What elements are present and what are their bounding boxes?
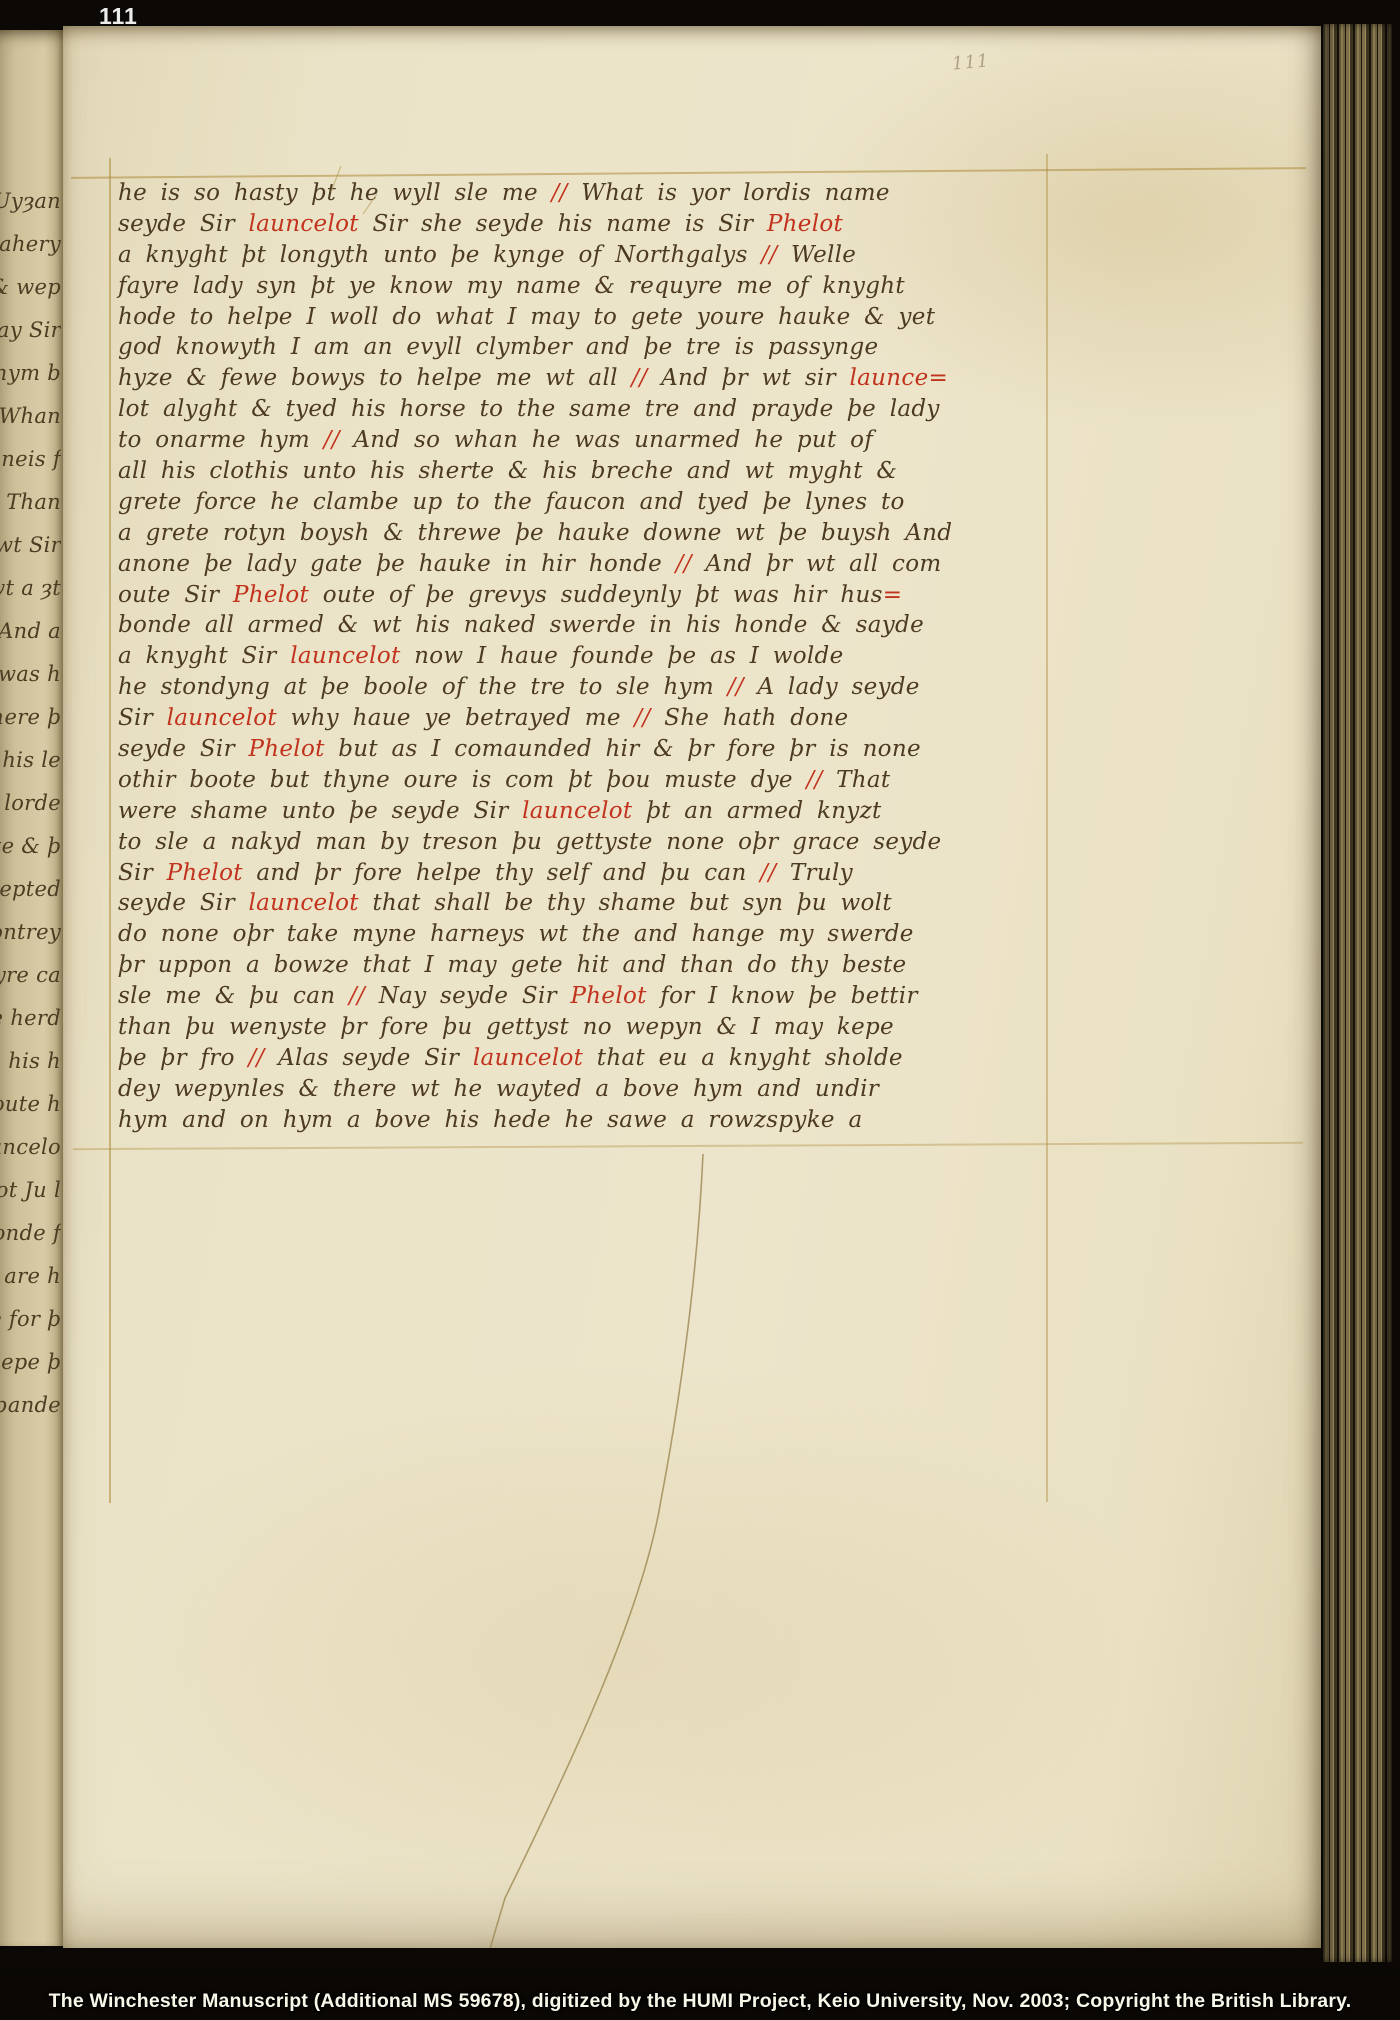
ink-text: Ju l (17, 1178, 61, 1202)
previous-page-edge: yf capell Uyȝanfel. Sir gaheryer hondys … (0, 30, 63, 1946)
margin-fragment-line: n he knew hym b (0, 352, 61, 395)
ink-text: What is yor lordis name (568, 180, 890, 206)
ink-text: oute of þe grevys suddeynly þt was hir h… (309, 582, 883, 608)
ink-text: m to a fayre ca (0, 963, 61, 987)
manuscript-line: to onarme hym // And so whan he was unar… (118, 425, 1063, 456)
ink-text: a grete rotyn boysh & threwe þe hauke do… (118, 520, 952, 546)
ink-text: f pentecoste & þ (0, 834, 61, 858)
manuscript-line: oute Sir Phelot oute of þe grevys suddey… (118, 580, 1063, 611)
ink-text: omdys wt Sir (0, 533, 61, 557)
rubricated-text: launcelo (0, 1135, 61, 1159)
margin-fragment-line: de my husbande (0, 1384, 61, 1427)
ink-text: e anone Than (0, 490, 61, 514)
ink-text: to onarme hym (118, 427, 324, 453)
ink-text: þe þr fro (118, 1045, 248, 1071)
manuscript-line: he stondyng at þe boole of the tre to sl… (118, 672, 1063, 703)
pencil-folio-number: 111 (951, 50, 990, 74)
ink-text: Truly (776, 860, 853, 886)
rubricated-text: // (248, 1045, 264, 1071)
manuscript-line: hode to helpe I woll do what I may to ge… (118, 302, 1063, 333)
manuscript-text-block: he is so hasty þt he wyll sle me // What… (118, 178, 1063, 1136)
ink-text: as there are h (0, 1264, 61, 1288)
margin-fragment-line: m to a fayre ca (0, 954, 61, 997)
rubricated-text: Phelot (233, 582, 309, 608)
margin-fragment-line: yf capell Uyȝan (0, 180, 61, 223)
manuscript-line: anone þe lady gate þe hauke in hir honde… (118, 549, 1063, 580)
margin-fragment-line: pon his kneis f (0, 438, 61, 481)
caption-bar: The Winchester Manuscript (Additional MS… (0, 1962, 1400, 2020)
ink-text: And so whan he was unarmed he put of (340, 427, 873, 453)
ink-text: er hondys & wep (0, 275, 61, 299)
ink-text: bonde all armed & wt his naked swerde in… (118, 612, 924, 638)
ink-text: apped he And a (0, 619, 61, 643)
manuscript-line: a grete rotyn boysh & threwe þe hauke do… (118, 518, 1063, 549)
ink-text: sle me & þu can (118, 983, 349, 1009)
ink-text: lot alyght & tyed his horse to the same … (118, 396, 940, 422)
ink-text: yf capell Uyȝan (0, 189, 61, 213)
margin-fragment-line: e loved a boute h (0, 1083, 61, 1126)
rubricated-text: // (760, 860, 776, 886)
ink-text: Welle (777, 242, 856, 268)
ink-text: do none oþr take myne harneys wt the and… (118, 921, 914, 947)
ink-text: note of my lorde (0, 791, 61, 815)
ink-text: nd com on his h (0, 1049, 61, 1073)
margin-fragment-line: ledynge Whan (0, 395, 61, 438)
margin-fragment-line: note of my lorde (0, 782, 61, 825)
manuscript-line: seyde Sir launcelot that shall be thy sh… (118, 888, 1063, 919)
manuscript-line: Sir launcelot why haue ye betrayed me //… (118, 703, 1063, 734)
ink-text: A lady seyde (744, 674, 920, 700)
ink-text: Sir she seyde his name is Sir (359, 211, 767, 237)
rubricated-text: launcelot (473, 1045, 583, 1071)
ink-text: he is so hasty þt he wyll sle me (118, 180, 551, 206)
ink-text: seyde Sir (118, 211, 248, 237)
rubricated-text: // (676, 551, 692, 577)
manuscript-line: dey wepynles & there wt he wayted a bove… (118, 1074, 1063, 1105)
margin-fragment-line: nd com on his h (0, 1040, 61, 1083)
rubricated-text: launcelot (522, 798, 632, 824)
ink-text: om a lady onde f (0, 1221, 61, 1245)
ink-text: but as I comaunded hir & þr fore þr is n… (325, 736, 921, 762)
ink-text: now I haue founde þe as I wolde (401, 643, 844, 669)
margin-fragment-line: om a lady onde f (0, 1212, 61, 1255)
ink-text: hyze & fewe bowys to helpe me wt all (118, 365, 631, 391)
ink-text: thought he herd (0, 1006, 61, 1030)
ink-text: þt an armed knyzt (632, 798, 881, 824)
manuscript-line: grete force he clambe up to the faucon a… (118, 487, 1063, 518)
rubricated-text: Phelot (248, 736, 324, 762)
ink-text: n he knew hym b (0, 361, 61, 385)
ink-text: ledynge Whan (0, 404, 61, 428)
margin-fragment-line: y where lay Sir (0, 309, 61, 352)
ink-text: that eu a knyght sholde (583, 1045, 903, 1071)
rubricated-text: // (634, 705, 650, 731)
rubricated-text: // (761, 242, 777, 268)
manuscript-line: bonde all armed & wt his naked swerde in… (118, 610, 1063, 641)
rubricated-text: gahery (0, 232, 61, 256)
margin-fragment-line: apped he And a (0, 610, 61, 653)
rubricated-text: = (883, 582, 903, 608)
margin-fragment-line: lot all þ chere þ (0, 696, 61, 739)
margin-fragment-line: thought he herd (0, 997, 61, 1040)
rubricated-text: launcelot (167, 705, 277, 731)
margin-fragment-line: omdys wt Sir (0, 524, 61, 567)
ink-text: dey wepynles & there wt he wayted a bove… (118, 1076, 879, 1102)
caption-text: The Winchester Manuscript (Additional MS… (49, 1990, 1352, 2020)
ink-text: Alas seyde Sir (264, 1045, 472, 1071)
manuscript-line: a knyght þt longyth unto þe kynge of Nor… (118, 240, 1063, 271)
ink-text: de my husbande (0, 1393, 61, 1417)
margin-fragment-line: stronge contrey (0, 911, 61, 954)
margin-fragment-line: omdys wt a ȝt (0, 567, 61, 610)
manuscript-line: were shame unto þe seyde Sir launcelot þ… (118, 796, 1063, 827)
rubricated-text: // (551, 180, 567, 206)
manuscript-line: þr uppon a bowze that I may gete hit and… (118, 950, 1063, 981)
manuscript-line: lot alyght & tyed his horse to the same … (118, 394, 1063, 425)
ink-text: Sir (118, 860, 167, 886)
ink-text: for I know þe bettir (647, 983, 918, 1009)
ruling-line-below-text (73, 1142, 1303, 1150)
rubricated-text: Phelot (767, 211, 843, 237)
rubricated-text: launcelot (248, 890, 358, 916)
manuscript-line: sle me & þu can // Nay seyde Sir Phelot … (118, 981, 1063, 1012)
margin-fragment-line: e anone Than (0, 481, 61, 524)
margin-fragment-line: f pentecoste & þ (0, 825, 61, 868)
margin-fragment-line: d then þe was h (0, 653, 61, 696)
ink-text: othir boote but thyne oure is com þt þou… (118, 767, 806, 793)
ink-text: to sle a nakyd man by treson þu gettyste… (118, 829, 941, 855)
rubricated-text: launce= (850, 365, 949, 391)
ink-text: þr uppon a bowze that I may gete hit and… (118, 952, 906, 978)
manuscript-line: than þu wenyste þr fore þu gettyst no we… (118, 1012, 1063, 1043)
manuscript-line: a knyght Sir launcelot now I haue founde… (118, 641, 1063, 672)
rubricated-text: launcelot (290, 643, 400, 669)
manuscript-line: þe þr fro // Alas seyde Sir launcelot th… (118, 1043, 1063, 1074)
rubricated-text: // (631, 365, 647, 391)
ink-text: y where lay Sir (0, 318, 61, 342)
manuscript-line: to sle a nakyd man by treson þu gettyste… (118, 827, 1063, 858)
manuscript-line: seyde Sir launcelot Sir she seyde his na… (118, 209, 1063, 240)
ink-text: and þr fore helpe thy self and þu can (243, 860, 760, 886)
ink-text: why haue ye betrayed me (277, 705, 634, 731)
ink-text: oute Sir (118, 582, 233, 608)
ink-text: ne my haube for þ (0, 1307, 61, 1331)
ink-text: a knyght Sir (118, 643, 290, 669)
book-fore-edge (1321, 24, 1392, 1962)
ink-text: all þ chere þ (0, 705, 61, 729)
ink-text: omdys wt a ȝt (0, 576, 61, 600)
ink-text: a knyght þt longyth unto þe kynge of Nor… (118, 242, 761, 268)
manuscript-line: hym and on hym a bove his hede he sawe a… (118, 1105, 1063, 1136)
ink-text: were shame unto þe seyde Sir (118, 798, 522, 824)
margin-fragment-line: lot as there are h (0, 1255, 61, 1298)
ink-text: anone þe lady gate þe hauke in hir honde (118, 551, 676, 577)
ink-text: d then þe was h (0, 662, 61, 686)
ink-text: hode to helpe I woll do what I may to ge… (118, 304, 935, 330)
ink-text: all his clothis unto his sherte & his br… (118, 458, 897, 484)
ink-text: hym and on hym a bove his hede he sawe a… (118, 1107, 862, 1133)
manuscript-line: othir boote but thyne oure is com þt þou… (118, 765, 1063, 796)
ink-text: seyde Sir (118, 890, 248, 916)
margin-fragment-line: d Sir launcelo (0, 1126, 61, 1169)
margin-fragment-line: me for I sepe þ (0, 1341, 61, 1384)
ink-text: seyde Sir (118, 736, 248, 762)
manuscript-line: Sir Phelot and þr fore helpe thy self an… (118, 858, 1063, 889)
ink-text: wt they depted (0, 877, 61, 901)
rubricated-text: // (806, 767, 822, 793)
manuscript-line: do none oþr take myne harneys wt the and… (118, 919, 1063, 950)
rubricated-text: // (349, 983, 365, 1009)
margin-fragment-line: wt they depted (0, 868, 61, 911)
margin-fragment-line: Bergot Ju l (0, 1169, 61, 1212)
ink-text: Sir (118, 705, 167, 731)
manuscript-line: god knowyth I am an evyll clymber and þe… (118, 332, 1063, 363)
ink-text: And þr wt sir (647, 365, 849, 391)
ink-text: e loved a boute h (0, 1092, 61, 1116)
ink-text: stronge contrey (0, 920, 61, 944)
ink-text: pon his kneis f (0, 447, 61, 471)
margin-fragment-line: er hondys & wep (0, 266, 61, 309)
rubricated-text: Bergot (0, 1178, 17, 1202)
manuscript-line: seyde Sir Phelot but as I comaunded hir … (118, 734, 1063, 765)
ink-text: fayre lady syn þt ye know my name & requ… (118, 273, 905, 299)
ink-text: And þr wt all com (692, 551, 942, 577)
rubricated-text: Phelot (571, 983, 647, 1009)
rubricated-text: // (728, 674, 744, 700)
ink-text: grete force he clambe up to the faucon a… (118, 489, 905, 515)
rubricated-text: launcelot (248, 211, 358, 237)
margin-fragment-line: fel. Sir gahery (0, 223, 61, 266)
manuscript-line: fayre lady syn þt ye know my name & requ… (118, 271, 1063, 302)
margin-fragment-line: ne my haube for þ (0, 1298, 61, 1341)
rubricated-text: // (324, 427, 340, 453)
ink-text: he stondyng at þe boole of the tre to sl… (118, 674, 728, 700)
margin-fragment-line: ncelot toke his le (0, 739, 61, 782)
manuscript-line: all his clothis unto his sherte & his br… (118, 456, 1063, 487)
manuscript-line: he is so hasty þt he wyll sle me // What… (118, 178, 1063, 209)
ink-text: toke his le (0, 748, 61, 772)
ink-text: Nay seyde Sir (365, 983, 570, 1009)
manuscript-line: hyze & fewe bowys to helpe me wt all // … (118, 363, 1063, 394)
ink-text: than þu wenyste þr fore þu gettyst no we… (118, 1014, 894, 1040)
ink-text: She hath done (651, 705, 849, 731)
previous-page-text-fragments: yf capell Uyȝanfel. Sir gaheryer hondys … (0, 180, 61, 1427)
ink-text: that shall be thy shame but syn þu wolt (359, 890, 892, 916)
ink-text: me for I sepe þ (0, 1350, 61, 1374)
ink-text: god knowyth I am an evyll clymber and þe… (118, 334, 878, 360)
manuscript-page: 111 he is so hasty þt he wyll sle me // … (63, 26, 1321, 1948)
ink-text: That (823, 767, 891, 793)
ruling-line-left (109, 158, 111, 1503)
rubricated-text: Phelot (167, 860, 243, 886)
